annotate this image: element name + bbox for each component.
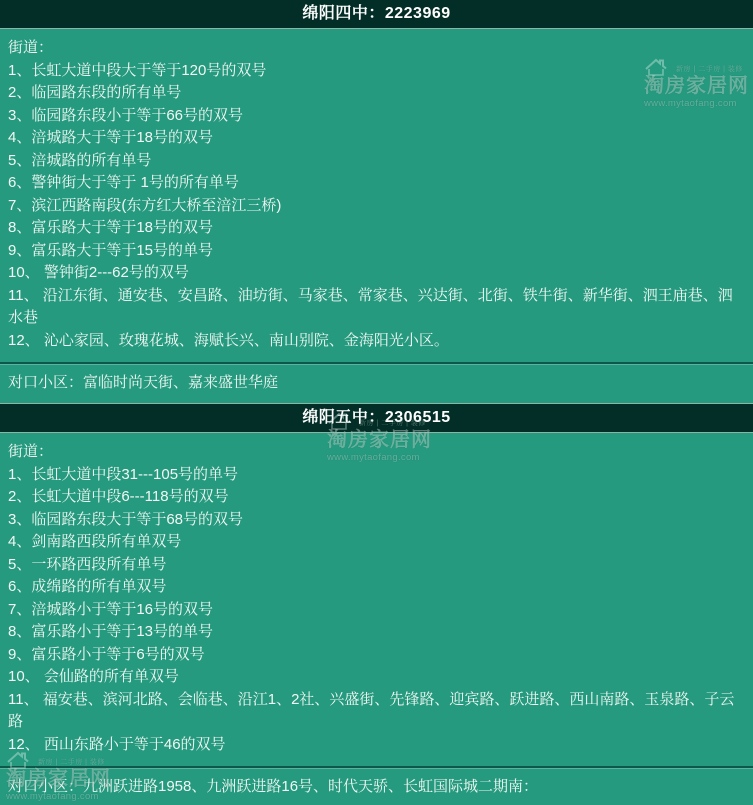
- street-line: 10、 警钟街2---62号的双号: [8, 262, 745, 285]
- street-line: 8、富乐路大于等于18号的双号: [8, 217, 745, 240]
- street-line: 1、长虹大道中段31---105号的单号: [8, 464, 745, 487]
- street-line: 10、 会仙路的所有单双号: [8, 666, 745, 689]
- community-line: 对口小区：富临时尚天街、嘉来盛世华庭: [8, 374, 278, 391]
- community-line: 对口小区：九洲跃进路1958、九洲跃进路16号、时代天骄、长虹国际城二期南：: [8, 778, 538, 795]
- street-line: 9、富乐路小于等于6号的双号: [8, 644, 745, 667]
- street-line: 2、临园路东段的所有单号: [8, 82, 745, 105]
- community-row: 对口小区：九洲跃进路1958、九洲跃进路16号、时代天骄、长虹国际城二期南：: [0, 766, 753, 805]
- street-line: 1、长虹大道中段大于等于120号的双号: [8, 60, 745, 83]
- streets-label: 街道：: [8, 37, 745, 60]
- street-line: 12、 沁心家园、玫瑰花城、海赋长兴、南山别院、金海阳光小区。: [8, 330, 745, 353]
- school-title: 绵阳四中：2223969: [0, 0, 753, 28]
- street-line: 11、 福安巷、滨河北路、会临巷、沿江1、2社、兴盛街、先锋路、迎宾路、跃进路、…: [8, 689, 745, 734]
- street-line: 3、临园路东段小于等于66号的双号: [8, 105, 745, 128]
- street-line: 4、涪城路大于等于18号的双号: [8, 127, 745, 150]
- street-line: 6、成绵路的所有单双号: [8, 576, 745, 599]
- street-line: 7、滨江西路南段(东方红大桥至涪江三桥): [8, 195, 745, 218]
- street-line: 2、长虹大道中段6---118号的双号: [8, 486, 745, 509]
- street-line: 5、涪城路的所有单号: [8, 150, 745, 173]
- school-header-bar: 绵阳四中：2223969: [0, 0, 753, 29]
- school-title: 绵阳五中：2306515: [0, 404, 753, 432]
- street-line: 8、富乐路小于等于13号的单号: [8, 621, 745, 644]
- street-line: 9、富乐路大于等于15号的单号: [8, 240, 745, 263]
- street-line: 11、 沿江东街、通安巷、安昌路、油坊街、马家巷、常家巷、兴达街、北街、铁牛街、…: [8, 285, 745, 330]
- street-line: 12、 西山东路小于等于46的双号: [8, 734, 745, 757]
- community-row: 对口小区：富临时尚天街、嘉来盛世华庭: [0, 362, 753, 403]
- street-list: 1、长虹大道中段大于等于120号的双号2、临园路东段的所有单号3、临园路东段小于…: [8, 60, 745, 353]
- street-line: 6、警钟街大于等于 1号的所有单号: [8, 172, 745, 195]
- streets-block: 街道： 1、长虹大道中段31---105号的单号2、长虹大道中段6---118号…: [0, 433, 753, 766]
- streets-block: 街道： 1、长虹大道中段大于等于120号的双号2、临园路东段的所有单号3、临园路…: [0, 29, 753, 362]
- street-line: 5、一环路西段所有单号: [8, 554, 745, 577]
- street-line: 3、临园路东段大于等于68号的双号: [8, 509, 745, 532]
- section-mianyang-no4-school: 绵阳四中：2223969 街道： 1、长虹大道中段大于等于120号的双号2、临园…: [0, 0, 753, 403]
- street-line: 4、剑南路西段所有单双号: [8, 531, 745, 554]
- streets-label: 街道：: [8, 441, 745, 464]
- school-district-page: 绵阳四中：2223969 街道： 1、长虹大道中段大于等于120号的双号2、临园…: [0, 0, 753, 805]
- street-list: 1、长虹大道中段31---105号的单号2、长虹大道中段6---118号的双号3…: [8, 464, 745, 757]
- school-header-bar: 绵阳五中：2306515: [0, 403, 753, 433]
- street-line: 7、涪城路小于等于16号的双号: [8, 599, 745, 622]
- section-mianyang-no5-school: 绵阳五中：2306515 街道： 1、长虹大道中段31---105号的单号2、长…: [0, 403, 753, 805]
